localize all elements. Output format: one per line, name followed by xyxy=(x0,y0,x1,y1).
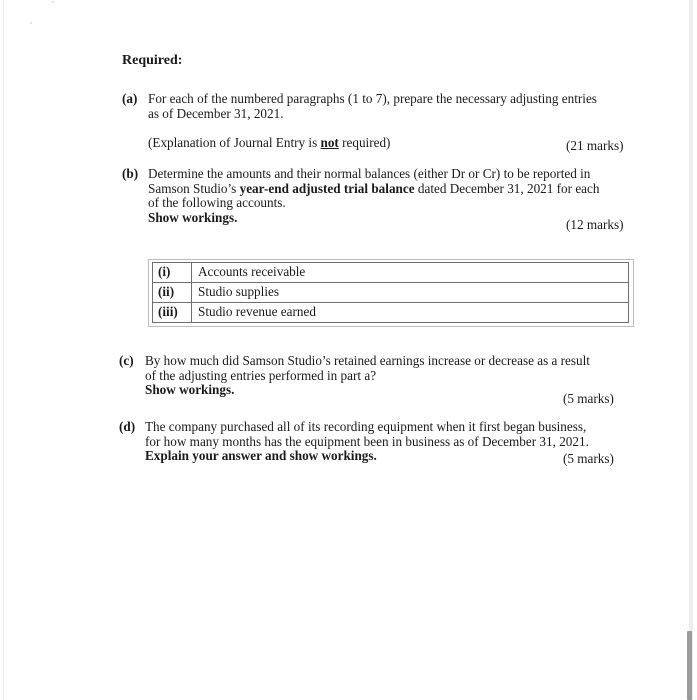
table-row: (ii)Studio supplies xyxy=(153,283,629,303)
account-name: Studio revenue earned xyxy=(192,303,629,323)
question-label: (b) xyxy=(122,167,138,182)
question-text-line: of the following accounts. xyxy=(148,196,600,211)
account-number: (i) xyxy=(153,263,192,283)
question-body: By how much did Samson Studio’s retained… xyxy=(145,354,590,398)
question-label: (d) xyxy=(119,420,135,435)
show-workings: Show workings. xyxy=(148,211,600,226)
question-text-line: For each of the numbered paragraphs (1 t… xyxy=(148,92,597,107)
question-body: Determine the amounts and their normal b… xyxy=(148,167,600,225)
account-name: Studio supplies xyxy=(192,283,629,303)
question-body: For each of the numbered paragraphs (1 t… xyxy=(148,92,597,151)
marks-c: (5 marks) xyxy=(563,392,614,407)
marks-d: (5 marks) xyxy=(563,452,614,467)
marks-a: (21 marks) xyxy=(566,139,624,154)
question-label: (c) xyxy=(119,354,134,369)
account-number: (iii) xyxy=(153,303,192,323)
question-text-line: as of December 31, 2021. xyxy=(148,107,597,122)
marks-b: (12 marks) xyxy=(566,218,624,233)
table-row: (iii)Studio revenue earned xyxy=(153,303,629,323)
question-body: The company purchased all of its recordi… xyxy=(145,420,589,464)
scrollbar-track[interactable] xyxy=(689,0,693,700)
section-heading: Required: xyxy=(122,54,182,69)
question-label: (a) xyxy=(122,92,137,107)
question-note: (Explanation of Journal Entry is not req… xyxy=(148,136,597,151)
emphasis-not: not xyxy=(321,135,339,150)
question-text-line: of the adjusting entries performed in pa… xyxy=(145,369,590,384)
question-text-line: The company purchased all of its recordi… xyxy=(145,420,589,435)
table-row: (i)Accounts receivable xyxy=(153,263,629,283)
question-text-line: Determine the amounts and their normal b… xyxy=(148,167,600,182)
account-name: Accounts receivable xyxy=(192,263,629,283)
show-workings: Show workings. xyxy=(145,383,590,398)
scrollbar-thumb[interactable] xyxy=(687,631,692,700)
document-page: Required: (a) For each of the numbered p… xyxy=(0,0,697,700)
explain-instruction: Explain your answer and show workings. xyxy=(145,449,589,464)
question-text-line: By how much did Samson Studio’s retained… xyxy=(145,354,590,369)
accounts-table: (i)Accounts receivable(ii)Studio supplie… xyxy=(152,262,629,323)
question-text-line: Samson Studio’s year-end adjusted trial … xyxy=(148,182,600,197)
account-number: (ii) xyxy=(153,283,192,303)
question-text-line: for how many months has the equipment be… xyxy=(145,435,589,450)
